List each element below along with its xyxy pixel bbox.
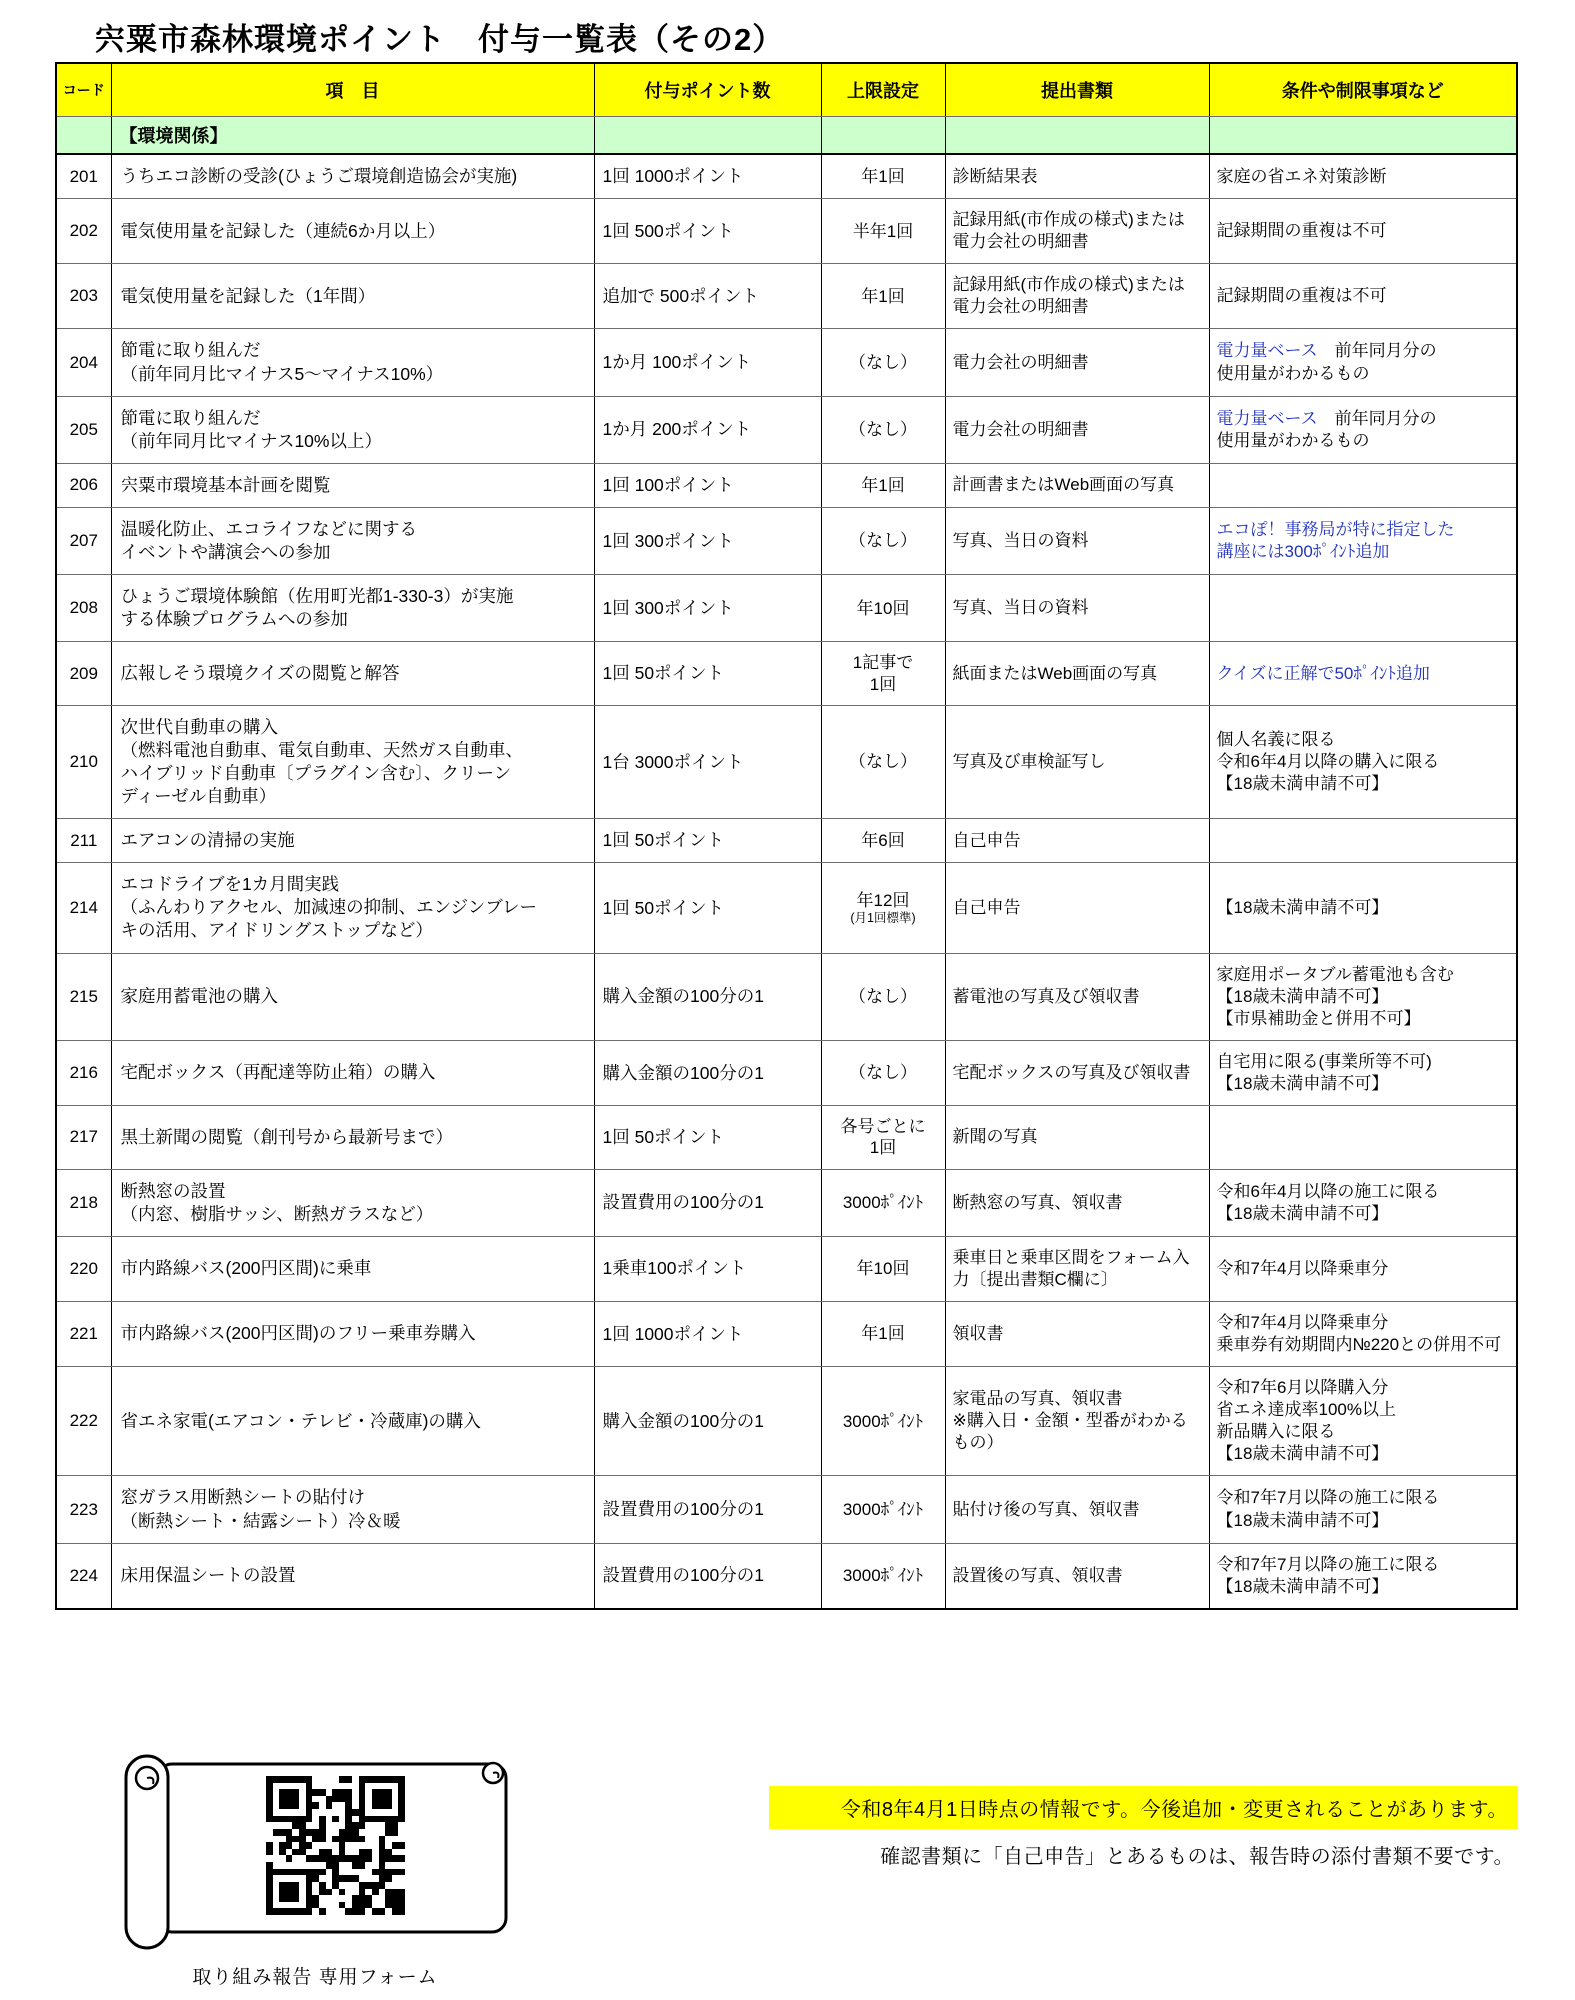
limit-main: 年12回 <box>825 890 942 911</box>
cell-docs: 乗車日と乗車区間をフォーム入力〔提出書類C欄に〕 <box>945 1236 1209 1301</box>
cell-conditions: 家庭の省エネ対策診断 <box>1209 154 1517 199</box>
header-conditions: 条件や制限事項など <box>1209 63 1517 117</box>
cell-conditions: 記録期間の重複は不可 <box>1209 199 1517 264</box>
cell-points: 1回 1000ポイント <box>594 154 821 199</box>
cell-conditions <box>1209 575 1517 642</box>
cell-item: 広報しそう環境クイズの閲覧と解答 <box>111 642 594 706</box>
cell-points: 購入金額の100分の1 <box>594 1367 821 1476</box>
cell-limit: 年6回 <box>821 819 945 863</box>
cell-item: 節電に取り組んだ （前年同月比マイナス10%以上） <box>111 396 594 463</box>
table-row: 220 市内路線バス(200円区間)に乗車 1乗車100ポイント 年10回 乗車… <box>56 1236 1517 1301</box>
limit-main: 年1回 <box>825 475 942 496</box>
cell-code: 222 <box>56 1367 111 1476</box>
cell-points: 設置費用の100分の1 <box>594 1169 821 1236</box>
cell-points: 1乗車100ポイント <box>594 1236 821 1301</box>
cell-docs: 写真、当日の資料 <box>945 507 1209 574</box>
document-page: 宍粟市森林環境ポイント 付与一覧表（その2） コード 項 目 付与ポイント数 上… <box>0 0 1575 2000</box>
cell-points: 1回 300ポイント <box>594 575 821 642</box>
cell-conditions: 電力量ベース 前年同月分の 使用量がわかるもの <box>1209 329 1517 396</box>
page-title: 宍粟市森林環境ポイント 付与一覧表（その2） <box>94 14 784 59</box>
cell-item: 床用保温シートの設置 <box>111 1543 594 1609</box>
cell-item: 次世代自動車の購入 （燃料電池自動車、電気自動車、天然ガス自動車、 ハイブリッド… <box>111 705 594 818</box>
cell-points: 1回 50ポイント <box>594 1106 821 1170</box>
cell-points: 1回 1000ポイント <box>594 1301 821 1366</box>
limit-main: 年10回 <box>825 598 942 619</box>
cell-limit: 3000ﾎﾟｲﾝﾄ <box>821 1169 945 1236</box>
cell-conditions: 令和6年4月以降の施工に限る 【18歳未満申請不可】 <box>1209 1169 1517 1236</box>
cell-code: 205 <box>56 396 111 463</box>
table-row: 223 窓ガラス用断熱シートの貼付け （断熱シート・結露シート）冷＆暖 設置費用… <box>56 1476 1517 1543</box>
cell-points: 1回 100ポイント <box>594 463 821 507</box>
limit-main: 3000ﾎﾟｲﾝﾄ <box>825 1565 942 1586</box>
table-row: 204 節電に取り組んだ （前年同月比マイナス5～マイナス10%） 1か月 10… <box>56 329 1517 396</box>
cell-code: 221 <box>56 1301 111 1366</box>
qr-caption: 取り組み報告 専用フォーム <box>110 1962 520 1989</box>
table-row: 224 床用保温シートの設置 設置費用の100分の1 3000ﾎﾟｲﾝﾄ 設置後… <box>56 1543 1517 1609</box>
cell-points: 1回 50ポイント <box>594 863 821 953</box>
cell-item: エコドライブを1カ月間実践 （ふんわりアクセル、加減速の抑制、エンジンブレー キ… <box>111 863 594 953</box>
cell-code: 215 <box>56 953 111 1040</box>
cell-limit: （なし） <box>821 507 945 574</box>
cell-docs: 家電品の写真、領収書 ※購入日・金額・型番がわかるもの） <box>945 1367 1209 1476</box>
table-row: 203 電気使用量を記録した（1年間） 追加で 500ポイント 年1回 記録用紙… <box>56 264 1517 329</box>
section-cell-empty <box>1209 117 1517 155</box>
cell-docs: 電力会社の明細書 <box>945 329 1209 396</box>
cell-limit: 年1回 <box>821 154 945 199</box>
cell-docs: 診断結果表 <box>945 154 1209 199</box>
header-docs: 提出書類 <box>945 63 1209 117</box>
cell-code: 201 <box>56 154 111 199</box>
cell-limit: （なし） <box>821 953 945 1040</box>
cell-item: 宍粟市環境基本計画を閲覧 <box>111 463 594 507</box>
limit-main: （なし） <box>825 419 942 440</box>
cell-conditions <box>1209 1106 1517 1170</box>
cell-docs: 新聞の写真 <box>945 1106 1209 1170</box>
header-limit: 上限設定 <box>821 63 945 117</box>
cell-code: 211 <box>56 819 111 863</box>
cell-docs: 電力会社の明細書 <box>945 396 1209 463</box>
cell-code: 210 <box>56 705 111 818</box>
cell-conditions: 令和7年7月以降の施工に限る 【18歳未満申請不可】 <box>1209 1543 1517 1609</box>
limit-main: 年6回 <box>825 830 942 851</box>
cell-points: 設置費用の100分の1 <box>594 1476 821 1543</box>
header-item: 項 目 <box>111 63 594 117</box>
cell-points: 設置費用の100分の1 <box>594 1543 821 1609</box>
limit-main: 年1回 <box>825 286 942 307</box>
cell-limit: （なし） <box>821 396 945 463</box>
cell-docs: 紙面またはWeb画面の写真 <box>945 642 1209 706</box>
cell-limit: （なし） <box>821 1040 945 1105</box>
cell-limit: 年10回 <box>821 1236 945 1301</box>
limit-main: （なし） <box>825 1062 942 1083</box>
section-cell-empty <box>945 117 1209 155</box>
limit-main: 3000ﾎﾟｲﾝﾄ <box>825 1411 942 1432</box>
cell-item: 温暖化防止、エコライフなどに関する イベントや講演会への参加 <box>111 507 594 574</box>
cell-conditions: 電力量ベース 前年同月分の 使用量がわかるもの <box>1209 396 1517 463</box>
cell-docs: 自己申告 <box>945 819 1209 863</box>
table-row: 210 次世代自動車の購入 （燃料電池自動車、電気自動車、天然ガス自動車、 ハイ… <box>56 705 1517 818</box>
cell-docs: 自己申告 <box>945 863 1209 953</box>
cell-code: 206 <box>56 463 111 507</box>
qr-code <box>266 1776 405 1915</box>
cell-points: 1か月 200ポイント <box>594 396 821 463</box>
cell-item: 宅配ボックス（再配達等防止箱）の購入 <box>111 1040 594 1105</box>
cell-item: 市内路線バス(200円区間)に乗車 <box>111 1236 594 1301</box>
cell-item: エアコンの清掃の実施 <box>111 819 594 863</box>
limit-main: 3000ﾎﾟｲﾝﾄ <box>825 1499 942 1520</box>
cell-item: 省エネ家電(エアコン・テレビ・冷蔵庫)の購入 <box>111 1367 594 1476</box>
cell-conditions: 家庭用ポータブル蓄電池も含む 【18歳未満申請不可】 【市県補助金と併用不可】 <box>1209 953 1517 1040</box>
limit-main: 1記事で 1回 <box>825 652 942 695</box>
cell-item: 家庭用蓄電池の購入 <box>111 953 594 1040</box>
cell-conditions: 令和7年4月以降乗車分 乗車券有効期間内№220との併用不可 <box>1209 1301 1517 1366</box>
cell-limit: 3000ﾎﾟｲﾝﾄ <box>821 1476 945 1543</box>
footer-notes: 令和8年4月1日時点の情報です。今後追加・変更されることがあります。 確認書類に… <box>455 1786 1518 1869</box>
cell-limit: 年1回 <box>821 1301 945 1366</box>
cell-points: 1回 50ポイント <box>594 819 821 863</box>
cell-docs: 貼付け後の写真、領収書 <box>945 1476 1209 1543</box>
cell-code: 223 <box>56 1476 111 1543</box>
cell-code: 224 <box>56 1543 111 1609</box>
cell-conditions: 記録期間の重複は不可 <box>1209 264 1517 329</box>
table-row: 211 エアコンの清掃の実施 1回 50ポイント 年6回 自己申告 <box>56 819 1517 863</box>
header-row: コード 項 目 付与ポイント数 上限設定 提出書類 条件や制限事項など <box>56 63 1517 117</box>
table-row: 217 黒土新聞の閲覧（創刊号から最新号まで） 1回 50ポイント 各号ごとに … <box>56 1106 1517 1170</box>
cell-limit: 各号ごとに 1回 <box>821 1106 945 1170</box>
cell-conditions: エコぽ！事務局が特に指定した 講座には300ﾎﾟｲﾝﾄ追加 <box>1209 507 1517 574</box>
limit-main: 3000ﾎﾟｲﾝﾄ <box>825 1192 942 1213</box>
note-highlighted: 令和8年4月1日時点の情報です。今後追加・変更されることがあります。 <box>769 1786 1518 1829</box>
limit-main: 年1回 <box>825 1323 942 1344</box>
cell-limit: 年12回(月1回標準) <box>821 863 945 953</box>
cell-code: 203 <box>56 264 111 329</box>
section-cell-empty <box>821 117 945 155</box>
cell-item: 市内路線バス(200円区間)のフリー乗車券購入 <box>111 1301 594 1366</box>
table-row: 216 宅配ボックス（再配達等防止箱）の購入 購入金額の100分の1 （なし） … <box>56 1040 1517 1105</box>
table-row: 201 うちエコ診断の受診(ひょうご環境創造協会が実施) 1回 1000ポイント… <box>56 154 1517 199</box>
header-code: コード <box>56 63 111 117</box>
cell-limit: 3000ﾎﾟｲﾝﾄ <box>821 1367 945 1476</box>
cell-code: 216 <box>56 1040 111 1105</box>
cell-points: 1台 3000ポイント <box>594 705 821 818</box>
cell-conditions: クイズに正解で50ﾎﾟｲﾝﾄ追加 <box>1209 642 1517 706</box>
cell-code: 204 <box>56 329 111 396</box>
cell-code: 202 <box>56 199 111 264</box>
cell-item: 節電に取り組んだ （前年同月比マイナス5～マイナス10%） <box>111 329 594 396</box>
cell-points: 1か月 100ポイント <box>594 329 821 396</box>
cell-conditions <box>1209 463 1517 507</box>
limit-main: （なし） <box>825 530 942 551</box>
section-cell-empty <box>594 117 821 155</box>
table-row: 205 節電に取り組んだ （前年同月比マイナス10%以上） 1か月 200ポイン… <box>56 396 1517 463</box>
cell-docs: 領収書 <box>945 1301 1209 1366</box>
cell-docs: 設置後の写真、領収書 <box>945 1543 1209 1609</box>
table-row: 202 電気使用量を記録した（連続6か月以上） 1回 500ポイント 半年1回 … <box>56 199 1517 264</box>
section-label: 【環境関係】 <box>111 117 594 155</box>
cell-limit: 年1回 <box>821 463 945 507</box>
limit-main: 年10回 <box>825 1258 942 1279</box>
limit-main: （なし） <box>825 986 942 1007</box>
cell-item: 黒土新聞の閲覧（創刊号から最新号まで） <box>111 1106 594 1170</box>
limit-main: 年1回 <box>825 166 942 187</box>
cell-docs: 蓄電池の写真及び領収書 <box>945 953 1209 1040</box>
cell-item: ひょうご環境体験館（佐用町光都1-330-3）が実施 する体験プログラムへの参加 <box>111 575 594 642</box>
cell-docs: 断熱窓の写真、領収書 <box>945 1169 1209 1236</box>
cell-points: 1回 50ポイント <box>594 642 821 706</box>
cell-limit: （なし） <box>821 329 945 396</box>
cell-code: 214 <box>56 863 111 953</box>
section-cell-empty <box>56 117 111 155</box>
cell-code: 208 <box>56 575 111 642</box>
limit-main: （なし） <box>825 352 942 373</box>
limit-main: （なし） <box>825 751 942 772</box>
section-row: 【環境関係】 <box>56 117 1517 155</box>
cell-points: 1回 300ポイント <box>594 507 821 574</box>
cell-limit: （なし） <box>821 705 945 818</box>
cell-docs: 記録用紙(市作成の様式)または電力会社の明細書 <box>945 264 1209 329</box>
table-row: 206 宍粟市環境基本計画を閲覧 1回 100ポイント 年1回 計画書またはWe… <box>56 463 1517 507</box>
table-row: 209 広報しそう環境クイズの閲覧と解答 1回 50ポイント 1記事で 1回 紙… <box>56 642 1517 706</box>
cell-conditions: 【18歳未満申請不可】 <box>1209 863 1517 953</box>
cell-limit: 年10回 <box>821 575 945 642</box>
cell-points: 購入金額の100分の1 <box>594 1040 821 1105</box>
table-row: 218 断熱窓の設置 （内窓、樹脂サッシ、断熱ガラスなど） 設置費用の100分の… <box>56 1169 1517 1236</box>
cell-limit: 半年1回 <box>821 199 945 264</box>
cell-limit: 3000ﾎﾟｲﾝﾄ <box>821 1543 945 1609</box>
cell-docs: 写真及び車検証写し <box>945 705 1209 818</box>
cell-item: 窓ガラス用断熱シートの貼付け （断熱シート・結露シート）冷＆暖 <box>111 1476 594 1543</box>
note-plain: 確認書類に「自己申告」とあるものは、報告時の添付書類不要です。 <box>455 1840 1518 1869</box>
cell-points: 購入金額の100分の1 <box>594 953 821 1040</box>
table-row: 208 ひょうご環境体験館（佐用町光都1-330-3）が実施 する体験プログラム… <box>56 575 1517 642</box>
cell-item: 電気使用量を記録した（連続6か月以上） <box>111 199 594 264</box>
table-row: 222 省エネ家電(エアコン・テレビ・冷蔵庫)の購入 購入金額の100分の1 3… <box>56 1367 1517 1476</box>
cell-item: 電気使用量を記録した（1年間） <box>111 264 594 329</box>
limit-main: 各号ごとに 1回 <box>825 1116 942 1159</box>
table-body: 201 うちエコ診断の受診(ひょうご環境創造協会が実施) 1回 1000ポイント… <box>56 154 1517 1609</box>
cell-conditions: 令和7年6月以降購入分 省エネ達成率100%以上 新品購入に限る 【18歳未満申… <box>1209 1367 1517 1476</box>
cell-points: 1回 500ポイント <box>594 199 821 264</box>
table-header: コード 項 目 付与ポイント数 上限設定 提出書類 条件や制限事項など 【環境関… <box>56 63 1517 154</box>
cell-conditions: 令和7年4月以降乗車分 <box>1209 1236 1517 1301</box>
limit-main: 半年1回 <box>825 221 942 242</box>
limit-sub: (月1回標準) <box>825 912 942 926</box>
cell-code: 217 <box>56 1106 111 1170</box>
cell-code: 209 <box>56 642 111 706</box>
cell-item: 断熱窓の設置 （内窓、樹脂サッシ、断熱ガラスなど） <box>111 1169 594 1236</box>
cell-conditions: 令和7年7月以降の施工に限る 【18歳未満申請不可】 <box>1209 1476 1517 1543</box>
cell-code: 207 <box>56 507 111 574</box>
cell-docs: 記録用紙(市作成の様式)または電力会社の明細書 <box>945 199 1209 264</box>
cell-conditions: 個人名義に限る 令和6年4月以降の購入に限る 【18歳未満申請不可】 <box>1209 705 1517 818</box>
cell-docs: 写真、当日の資料 <box>945 575 1209 642</box>
cell-limit: 年1回 <box>821 264 945 329</box>
table-row: 207 温暖化防止、エコライフなどに関する イベントや講演会への参加 1回 30… <box>56 507 1517 574</box>
points-table: コード 項 目 付与ポイント数 上限設定 提出書類 条件や制限事項など 【環境関… <box>55 62 1518 1610</box>
cell-code: 218 <box>56 1169 111 1236</box>
cell-points: 追加で 500ポイント <box>594 264 821 329</box>
table-row: 221 市内路線バス(200円区間)のフリー乗車券購入 1回 1000ポイント … <box>56 1301 1517 1366</box>
cell-limit: 1記事で 1回 <box>821 642 945 706</box>
table-row: 214 エコドライブを1カ月間実践 （ふんわりアクセル、加減速の抑制、エンジンブ… <box>56 863 1517 953</box>
cell-code: 220 <box>56 1236 111 1301</box>
cell-conditions: 自宅用に限る(事業所等不可) 【18歳未満申請不可】 <box>1209 1040 1517 1105</box>
table-row: 215 家庭用蓄電池の購入 購入金額の100分の1 （なし） 蓄電池の写真及び領… <box>56 953 1517 1040</box>
cell-item: うちエコ診断の受診(ひょうご環境創造協会が実施) <box>111 154 594 199</box>
cell-conditions <box>1209 819 1517 863</box>
cell-docs: 計画書またはWeb画面の写真 <box>945 463 1209 507</box>
header-points: 付与ポイント数 <box>594 63 821 117</box>
cell-docs: 宅配ボックスの写真及び領収書 <box>945 1040 1209 1105</box>
